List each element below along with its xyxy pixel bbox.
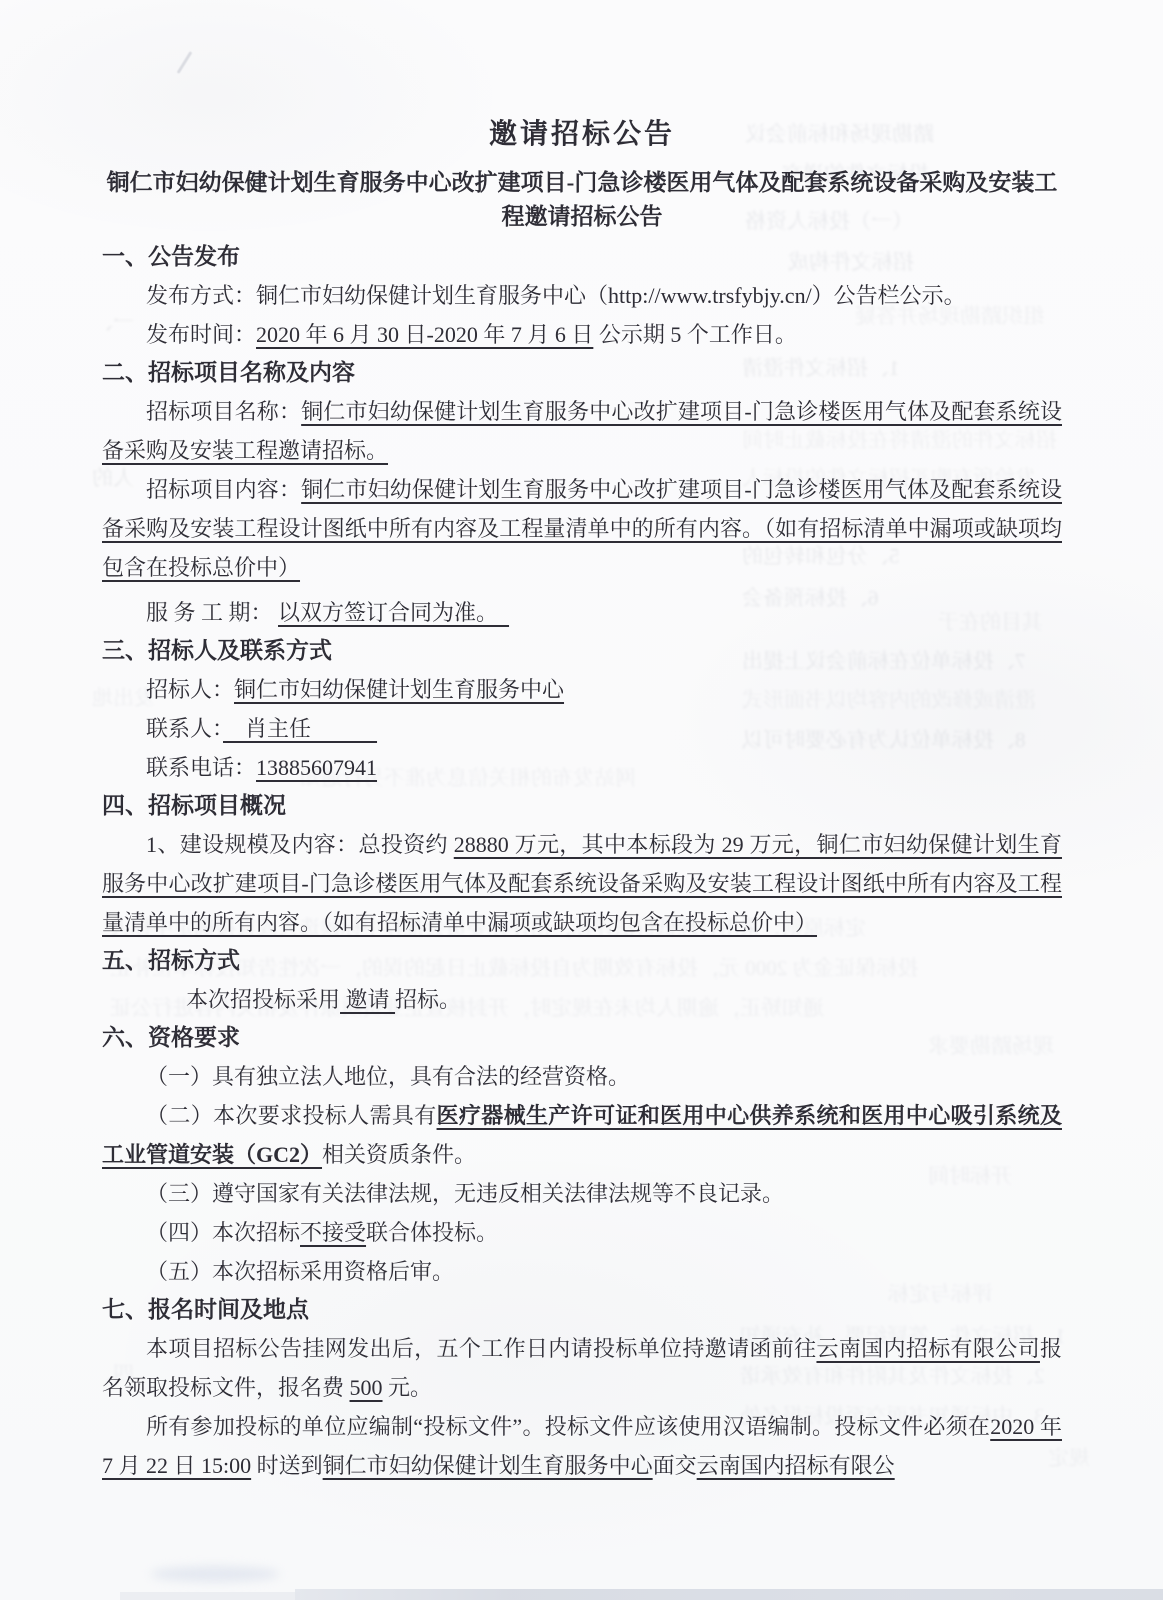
paragraph: （二）本次要求投标人需具有医疗器械生产许可证和医用中心供养系统和医用中心吸引系统… xyxy=(102,1096,1062,1174)
underlined-text: 邀请 xyxy=(340,987,395,1012)
text-run: 招标项目名称： xyxy=(146,399,301,424)
text-run: 时送到 xyxy=(251,1453,323,1478)
text-run: 邀请招标公告 xyxy=(489,119,675,150)
text-run: （一）具有独立法人地位，具有合法的经营资格。 xyxy=(146,1064,630,1089)
underlined-text: 13885607941 xyxy=(256,755,377,780)
text-run: 所有参加投标的单位应编制“投标文件”。投标文件应该使用汉语编制。投标文件必须在 xyxy=(146,1414,990,1439)
paragraph: 本次招投标采用 邀请 招标。 xyxy=(102,980,1062,1019)
underlined-text: 500 xyxy=(350,1375,383,1400)
underlined-text: 云南国内招标有限公 xyxy=(697,1453,895,1478)
section-heading: 一、公告发布 xyxy=(102,238,1062,276)
text-run: 发布时间： xyxy=(146,322,256,347)
text-run: 服 务 工 期： xyxy=(146,600,278,625)
text-run: 本项目招标公告挂网发出后，五个工作日内请投标单位持邀请函前往 xyxy=(146,1336,816,1361)
text-run: （二）本次要求投标人需具有 xyxy=(146,1103,437,1128)
paragraph: （一）具有独立法人地位，具有合法的经营资格。 xyxy=(102,1057,1062,1096)
text-run: 一、公告发布 xyxy=(102,244,240,269)
scanner-smudge xyxy=(150,1566,280,1582)
text-run: 联系电话： xyxy=(146,755,256,780)
text-run: 面交 xyxy=(653,1453,697,1478)
paragraph: （五）本次招标采用资格后审。 xyxy=(102,1252,1062,1291)
text-run: 本次招投标采用 xyxy=(186,987,340,1012)
text-run: 相关资质条件。 xyxy=(322,1142,476,1167)
underlined-text: 肖主任 xyxy=(223,716,377,741)
doc-title: 邀请招标公告 xyxy=(102,116,1062,154)
text-run: 四、招标项目概况 xyxy=(102,793,286,818)
paragraph: 联系人： 肖主任 xyxy=(102,709,1062,748)
paragraph: （三）遵守国家有关法律法规，无违反相关法律法规等不良记录。 xyxy=(102,1174,1062,1213)
underlined-text: 2020 年 6 月 30 日-2020 年 7 月 6 日 xyxy=(256,322,593,347)
text-run: 招标人： xyxy=(146,677,234,702)
text-run: （五）本次招标采用资格后审。 xyxy=(146,1259,454,1284)
text-run: 三、招标人及联系方式 xyxy=(102,638,332,663)
text-run: 元。 xyxy=(383,1375,433,1400)
section-heading: 四、招标项目概况 xyxy=(102,787,1062,825)
paragraph: （四）本次招标不接受联合体投标。 xyxy=(102,1213,1062,1252)
text-run: （四）本次招标 xyxy=(146,1220,300,1245)
text-run: 二、招标项目名称及内容 xyxy=(102,360,355,385)
underlined-text: 不接受 xyxy=(300,1220,366,1245)
scanned-document-page: 踏勘现场和标前会议投标文件的递交（一）投标人资格招标文件构成组织踏勘现场并答疑一… xyxy=(0,0,1163,1600)
paragraph: 联系电话：13885607941 xyxy=(102,748,1062,787)
underlined-text: 云南国内招标有限公司 xyxy=(816,1336,1040,1361)
text-run: （三）遵守国家有关法律法规，无违反相关法律法规等不良记录。 xyxy=(146,1181,784,1206)
text-run: 联合体投标。 xyxy=(366,1220,498,1245)
underlined-text: 以双方签订合同为准。 xyxy=(278,600,509,625)
doc-subtitle: 铜仁市妇幼保健计划生育服务中心改扩建项目-门急诊楼医用气体及配套系统设备采购及安… xyxy=(102,166,1062,234)
text-run: 六、资格要求 xyxy=(102,1025,240,1050)
document-body: 邀请招标公告铜仁市妇幼保健计划生育服务中心改扩建项目-门急诊楼医用气体及配套系统… xyxy=(102,116,1062,1485)
paragraph: 服 务 工 期： 以双方签订合同为准。 xyxy=(102,593,1062,632)
paragraph: 发布时间：2020 年 6 月 30 日-2020 年 7 月 6 日 公示期 … xyxy=(102,315,1062,354)
paragraph: 发布方式：铜仁市妇幼保健计划生育服务中心（http://www.trsfybjy… xyxy=(102,276,1062,315)
text-run: 公示期 5 个工作日。 xyxy=(593,322,797,347)
paragraph: 本项目招标公告挂网发出后，五个工作日内请投标单位持邀请函前往云南国内招标有限公司… xyxy=(102,1329,1062,1407)
scanner-edge-strip xyxy=(295,1589,1163,1600)
underlined-text: 铜仁市妇幼保健计划生育服务中心 xyxy=(323,1453,653,1478)
section-heading: 五、招标方式 xyxy=(102,942,1062,980)
section-heading: 二、招标项目名称及内容 xyxy=(102,354,1062,392)
pencil-mark xyxy=(177,51,193,74)
paragraph: 招标项目内容：铜仁市妇幼保健计划生育服务中心改扩建项目-门急诊楼医用气体及配套系… xyxy=(102,470,1062,587)
section-heading: 六、资格要求 xyxy=(102,1019,1062,1057)
text-run: 招标项目内容： xyxy=(146,477,301,502)
section-heading: 七、报名时间及地点 xyxy=(102,1291,1062,1329)
text-run: 1、建设规模及内容：总投资约 xyxy=(146,832,454,857)
text-run: 七、报名时间及地点 xyxy=(102,1297,309,1322)
scanner-edge-strip-left xyxy=(120,1592,300,1600)
paragraph: 所有参加投标的单位应编制“投标文件”。投标文件应该使用汉语编制。投标文件必须在2… xyxy=(102,1407,1062,1485)
text-run: 招标。 xyxy=(395,987,461,1012)
paragraph: 招标人：铜仁市妇幼保健计划生育服务中心 xyxy=(102,670,1062,709)
text-run: 联系人： xyxy=(146,716,223,741)
paragraph: 1、建设规模及内容：总投资约 28880 万元，其中本标段为 29 万元，铜仁市… xyxy=(102,825,1062,942)
underlined-text: 铜仁市妇幼保健计划生育服务中心 xyxy=(234,677,564,702)
text-run: 发布方式：铜仁市妇幼保健计划生育服务中心（http://www.trsfybjy… xyxy=(146,283,966,308)
section-heading: 三、招标人及联系方式 xyxy=(102,632,1062,670)
text-run: 五、招标方式 xyxy=(102,948,240,973)
paragraph: 招标项目名称：铜仁市妇幼保健计划生育服务中心改扩建项目-门急诊楼医用气体及配套系… xyxy=(102,392,1062,470)
text-run: 铜仁市妇幼保健计划生育服务中心改扩建项目-门急诊楼医用气体及配套系统设备采购及安… xyxy=(107,170,1058,229)
